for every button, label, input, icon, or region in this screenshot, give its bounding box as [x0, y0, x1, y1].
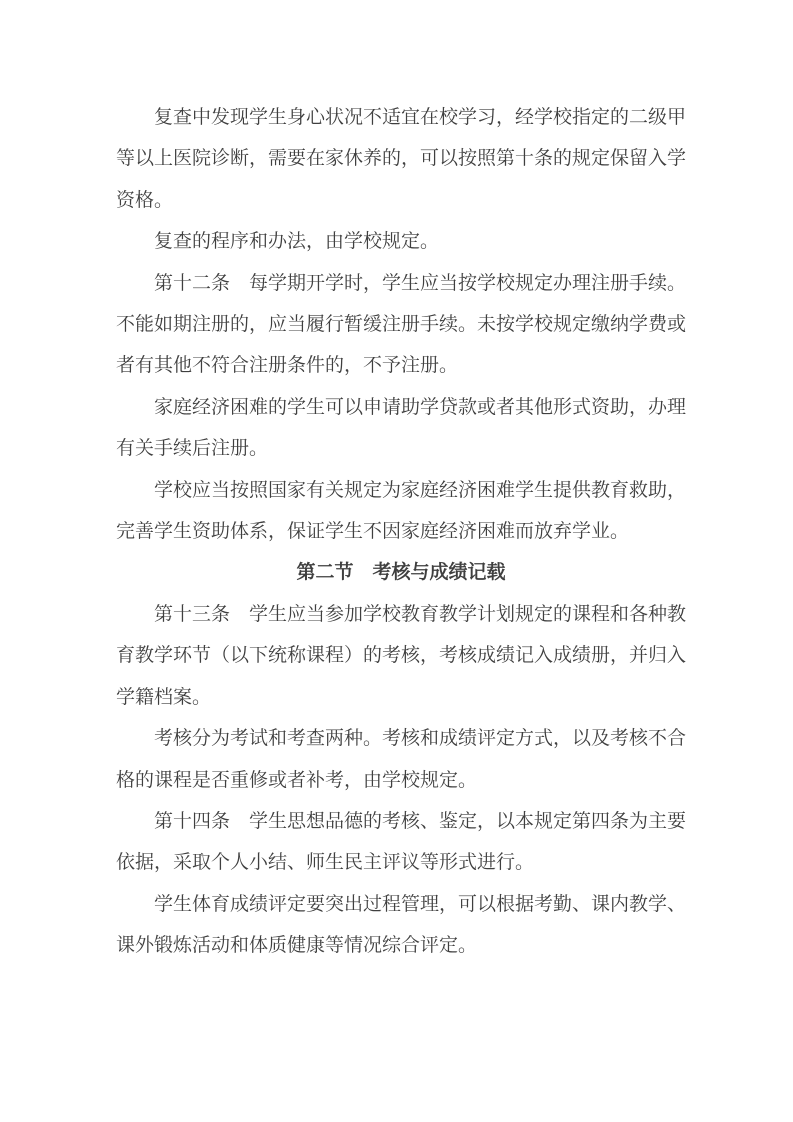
- document-body: 复查中发现学生身心状况不适宜在校学习，经学校指定的二级甲等以上医院诊断，需要在家…: [116, 97, 686, 967]
- paragraph-recheck-procedure: 复查的程序和办法，由学校规定。: [116, 221, 686, 262]
- paragraph-article-13: 第十三条 学生应当参加学校教育教学计划规定的课程和各种教育教学环节（以下统称课程…: [116, 594, 686, 718]
- paragraph-recheck-health: 复查中发现学生身心状况不适宜在校学习，经学校指定的二级甲等以上医院诊断，需要在家…: [116, 97, 686, 221]
- paragraph-article-14: 第十四条 学生思想品德的考核、鉴定，以本规定第四条为主要依据，采取个人小结、师生…: [116, 801, 686, 884]
- section-heading-assessment-records: 第二节 考核与成绩记载: [116, 552, 686, 593]
- paragraph-article-12: 第十二条 每学期开学时，学生应当按学校规定办理注册手续。不能如期注册的，应当履行…: [116, 263, 686, 387]
- paragraph-education-assistance: 学校应当按照国家有关规定为家庭经济困难学生提供教育救助，完善学生资助体系，保证学…: [116, 470, 686, 553]
- paragraph-financial-aid-loan: 家庭经济困难的学生可以申请助学贷款或者其他形式资助，办理有关手续后注册。: [116, 387, 686, 470]
- paragraph-exam-types: 考核分为考试和考查两种。考核和成绩评定方式，以及考核不合格的课程是否重修或者补考…: [116, 718, 686, 801]
- paragraph-pe-grade-evaluation: 学生体育成绩评定要突出过程管理，可以根据考勤、课内教学、课外锻炼活动和体质健康等…: [116, 884, 686, 967]
- document-page: 复查中发现学生身心状况不适宜在校学习，经学校指定的二级甲等以上医院诊断，需要在家…: [0, 0, 793, 1122]
